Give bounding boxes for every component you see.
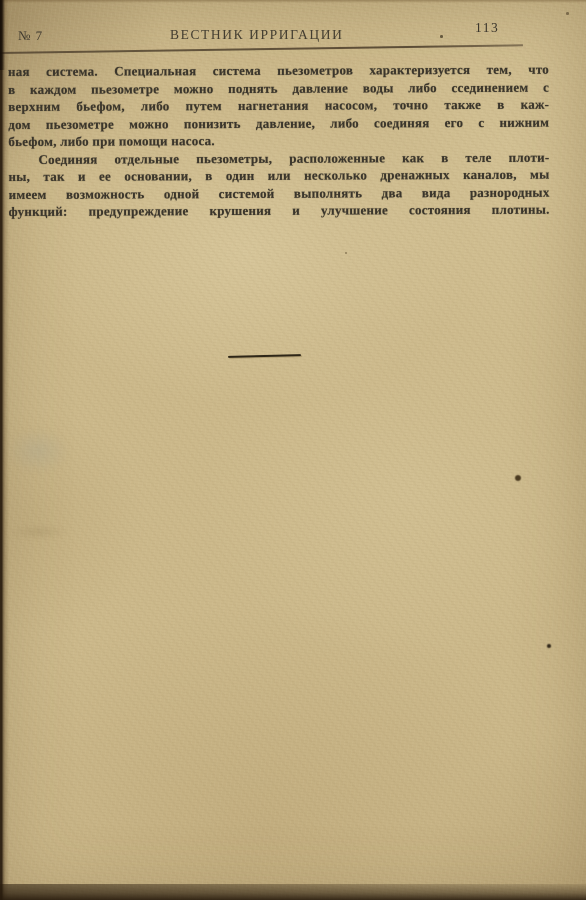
header-rule: [0, 44, 523, 53]
bottom-page-edge-shadow: [0, 884, 586, 900]
text-line: функций: предупреждение крушения и улучш…: [9, 201, 550, 221]
binding-edge-shadow: [0, 0, 9, 900]
text-line: ны, так и ее основании, в один или неско…: [8, 166, 549, 186]
journal-title: ВЕСТНИК ИРРИГАЦИИ: [170, 27, 343, 43]
paper-smudge: [10, 525, 68, 539]
ink-speck: [515, 475, 521, 481]
ink-speck: [345, 252, 347, 254]
paper-smudge: [6, 428, 70, 474]
text-line: верхним бьефом, либо путем нагнетания на…: [8, 96, 549, 116]
scanned-journal-page: № 7 ВЕСТНИК ИРРИГАЦИИ 113 ная система. С…: [0, 0, 586, 900]
page-number: 113: [475, 20, 499, 36]
text-line: ная система. Специальная система пьезоме…: [8, 61, 549, 81]
article-text: ная система. Специальная система пьезоме…: [8, 61, 550, 221]
issue-number: № 7: [18, 28, 43, 44]
section-divider-rule: [228, 354, 301, 358]
paragraph: Соединяя отдельные пьезометры, расположе…: [8, 148, 549, 220]
paragraph: ная система. Специальная система пьезоме…: [8, 61, 549, 151]
text-line: дом пьезометре можно понизить давление, …: [8, 113, 549, 133]
ink-speck: [566, 12, 569, 15]
ink-speck: [547, 644, 551, 648]
top-page-edge-shadow: [0, 0, 586, 3]
ink-speck: [440, 35, 443, 38]
